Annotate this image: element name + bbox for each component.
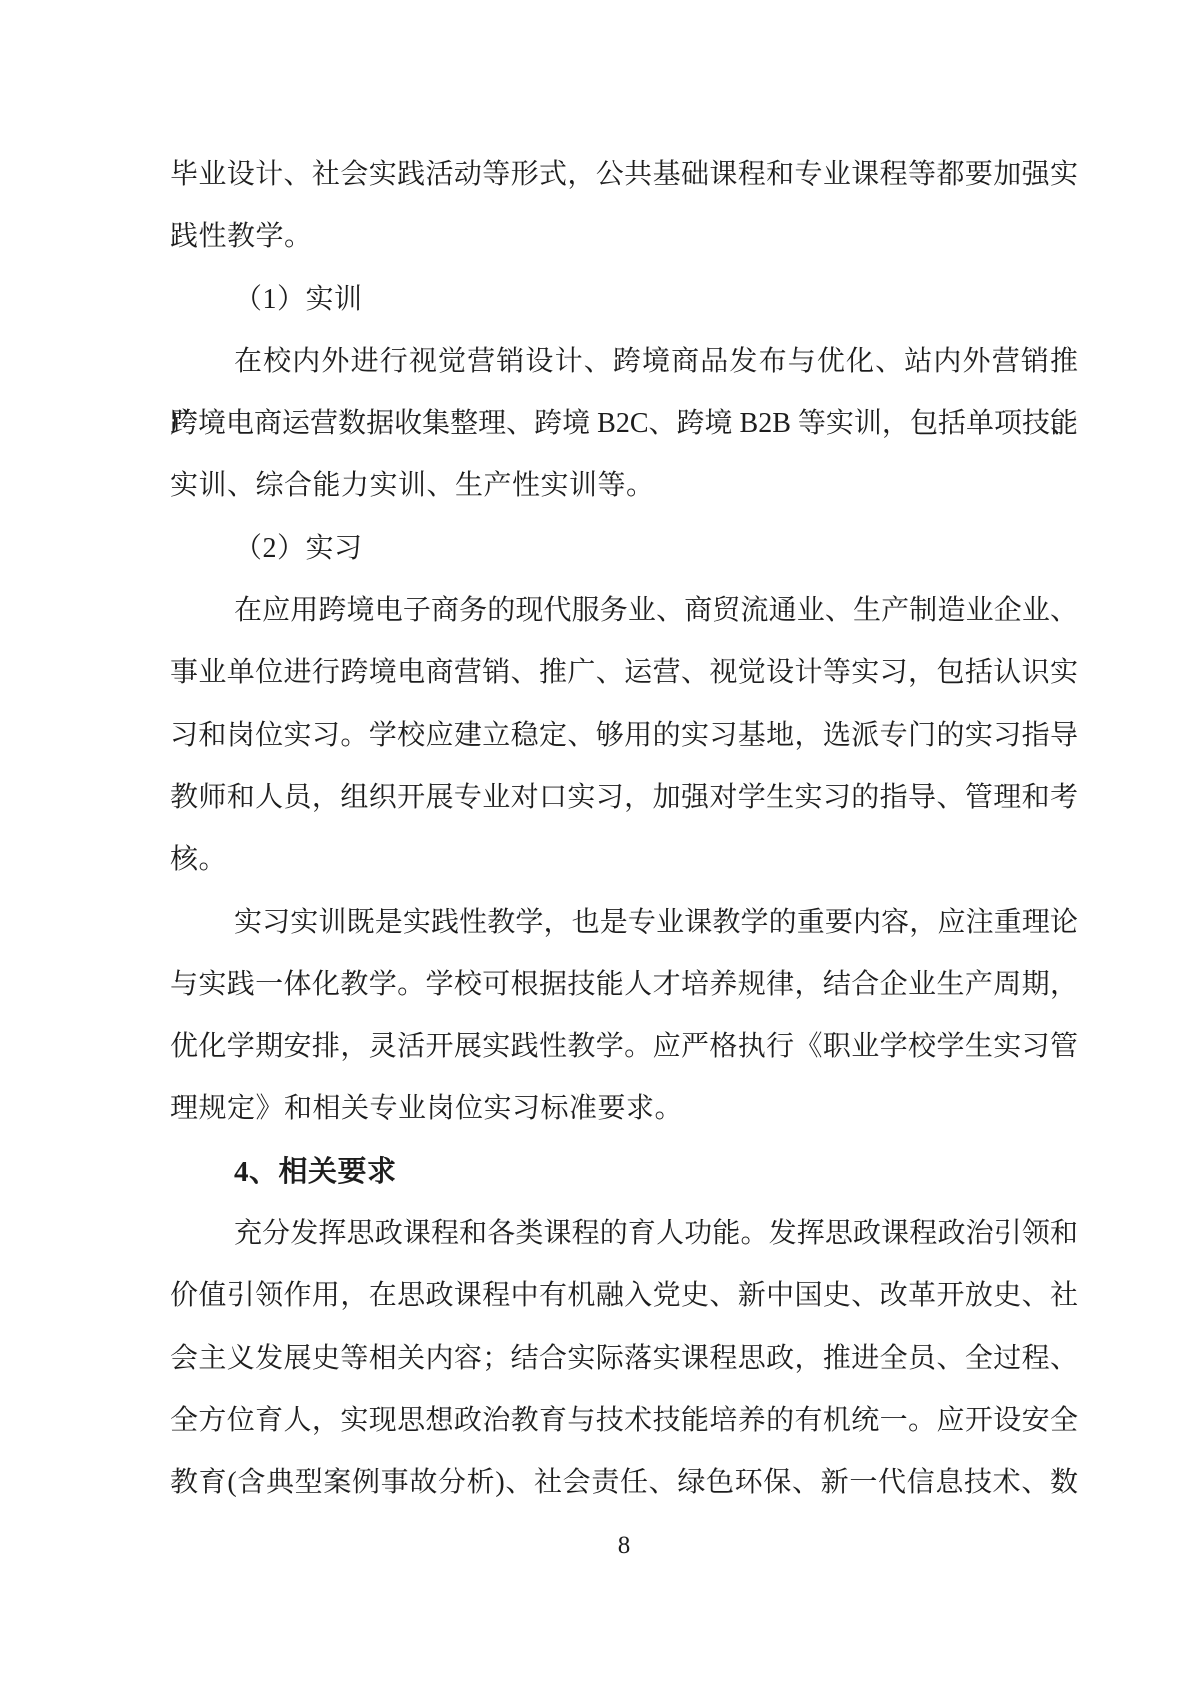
text-line: 跨境电商运营数据收集整理、跨境 B2C、跨境 B2B 等实训，包括单项技能	[170, 393, 1078, 455]
section-heading: 4、相关要求	[170, 1141, 1078, 1203]
text-line: 事业单位进行跨境电商营销、推广、运营、视觉设计等实习，包括认识实	[170, 642, 1078, 704]
text-line: 充分发挥思政课程和各类课程的育人功能。发挥思政课程政治引领和	[170, 1203, 1078, 1265]
text-line: 实习实训既是实践性教学，也是专业课教学的重要内容，应注重理论	[170, 892, 1078, 954]
text-line: 理规定》和相关专业岗位实习标准要求。	[170, 1078, 1078, 1140]
text-line: 优化学期安排，灵活开展实践性教学。应严格执行《职业学校学生实习管	[170, 1016, 1078, 1078]
text-line: 践性教学。	[170, 206, 1078, 268]
text-line: 与实践一体化教学。学校可根据技能人才培养规律，结合企业生产周期，	[170, 954, 1078, 1016]
text-line: 会主义发展史等相关内容；结合实际落实课程思政，推进全员、全过程、	[170, 1328, 1078, 1390]
document-body: 毕业设计、社会实践活动等形式，公共基础课程和专业课程等都要加强实践性教学。（1）…	[170, 144, 1078, 1515]
text-line: 实训、综合能力实训、生产性实训等。	[170, 455, 1078, 517]
text-line: （2）实习	[170, 518, 1078, 580]
text-line: 习和岗位实习。学校应建立稳定、够用的实习基地，选派专门的实习指导	[170, 705, 1078, 767]
text-line: 全方位育人，实现思想政治教育与技术技能培养的有机统一。应开设安全	[170, 1390, 1078, 1452]
text-line: 教师和人员，组织开展专业对口实习，加强对学生实习的指导、管理和考	[170, 767, 1078, 829]
text-line: 核。	[170, 829, 1078, 891]
text-line: 在应用跨境电子商务的现代服务业、商贸流通业、生产制造业企业、	[170, 580, 1078, 642]
text-line: 价值引领作用，在思政课程中有机融入党史、新中国史、改革开放史、社	[170, 1265, 1078, 1327]
text-line: （1）实训	[170, 269, 1078, 331]
text-line: 毕业设计、社会实践活动等形式，公共基础课程和专业课程等都要加强实	[170, 144, 1078, 206]
text-line: 教育(含典型案例事故分析)、社会责任、绿色环保、新一代信息技术、数	[170, 1452, 1078, 1514]
text-line: 在校内外进行视觉营销设计、跨境商品发布与优化、站内外营销推广、	[170, 331, 1078, 393]
document-page: 毕业设计、社会实践活动等形式，公共基础课程和专业课程等都要加强实践性教学。（1）…	[0, 0, 1190, 1683]
page-number: 8	[170, 1532, 1078, 1560]
document-viewport: { "document": { "page_number": "8", "tex…	[0, 0, 1190, 1683]
